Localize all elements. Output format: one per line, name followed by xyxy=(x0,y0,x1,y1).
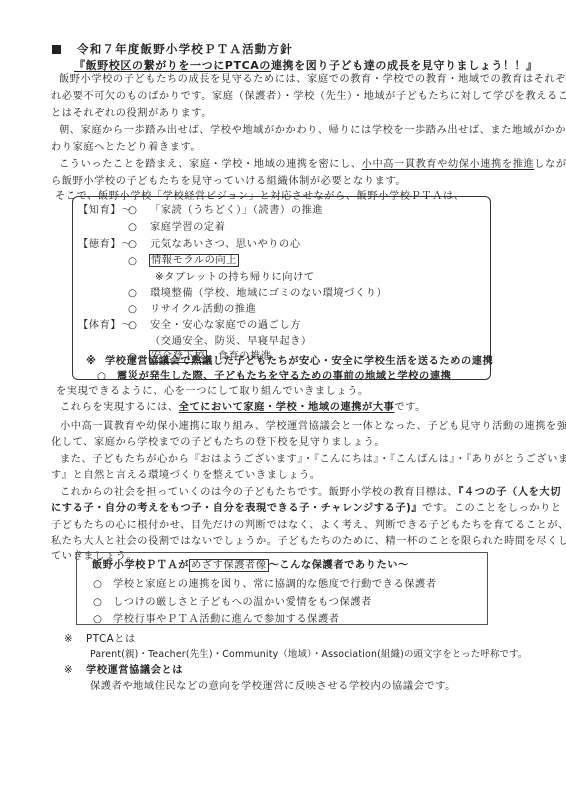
underlined-phrase: 小中高一貫教育や幼保小連携を推進 xyxy=(362,159,535,170)
text-segment: です。このことをしっかりと xyxy=(422,503,561,514)
ideal-parent-item: 学校と家庭との連携を図り、常に協調的な態度で行動できる保護者 xyxy=(113,578,437,591)
underlined-phrase: 全てにおいて家庭・学校・地域の連携が大事 xyxy=(179,402,395,413)
vision-item: 安全・安心な家庭での過ごし方 xyxy=(150,319,301,332)
paragraph-line: これからの社会を担っていくのは今の子どもたちです。飯野小学校の教育目標は、『４つ… xyxy=(60,486,561,499)
paragraph-line: これらを実現するには、全てにおいて家庭・学校・地域の連携が大事です。 xyxy=(60,401,426,414)
paragraph-line: を実現できるように、心を一つにして取り組んでいきましょう。 xyxy=(56,385,369,398)
black-square-icon xyxy=(52,45,61,54)
circle-bullet-icon: ○ xyxy=(93,596,103,609)
vision-note: 学校運営協議会で熟議した子どもたちが安心・安全に学校生活を送るための連携 xyxy=(105,355,493,368)
circle-bullet-icon: ○ xyxy=(93,578,103,591)
paragraph-line: また、子どもたちが心から『おはようございます』・『こんにちは』・『こんばんは』・… xyxy=(60,453,566,466)
category-label-taiiku: 【体育】～ xyxy=(78,319,132,332)
text-segment: こういったことを踏まえ、家庭・学校・地域の連携を密にし、 xyxy=(59,159,362,170)
vision-subnote: ※タブレットの持ち帰りに向けて xyxy=(155,271,315,284)
text-segment: これからの社会を担っていくのは今の子どもたちです。飯野小学校の教育目標は、 xyxy=(60,487,458,498)
footnote-title: PTCAとは xyxy=(86,633,136,646)
category-label-tokuiku: 【徳育】～ xyxy=(78,238,132,251)
paragraph-line: にする子・自分の考えをもつ子・自分を表現できる子・チャレンジする子)』です。この… xyxy=(51,502,562,515)
footnote-title: 学校運営協議会とは xyxy=(86,664,183,677)
text-segment: 飯野小学校ＰＴＡが xyxy=(92,560,189,571)
paragraph-line: れ必要不可欠のものばかりです。家庭（保護者）・学校（先生）・地域が子どもたちに対… xyxy=(51,90,566,103)
slogan-underlined: 『飯野校区の繋がりを一つにPTCAの xyxy=(74,59,271,72)
page-title: 令和７年度飯野小学校ＰＴＡ活動方針 xyxy=(52,41,293,57)
vision-item: 家庭学習の定着 xyxy=(150,221,226,234)
vision-item: リサイクル活動の推進 xyxy=(150,303,256,316)
paragraph-line: ら飯野小学校の子どもたちを見守っていける組織体制が必要となります。 xyxy=(51,175,406,188)
circle-bullet-icon: ○ xyxy=(128,238,138,251)
reference-mark: ※ xyxy=(64,664,73,677)
vision-item: 環境整備（学校、地域にゴミのない環境づくり） xyxy=(150,287,387,300)
ideal-parent-item: しつけの厳しさと子どもへの温かい愛情をもつ保護者 xyxy=(113,596,372,609)
vision-subnote: （交通安全、防災、早寝早起き） xyxy=(150,335,312,348)
paragraph-line: 私たち大人と社会の役割ではないでしょうか。子どもたちのために、精一杯のことを限ら… xyxy=(51,535,566,548)
page-title-text: 令和７年度飯野小学校ＰＴＡ活動方針 xyxy=(77,42,293,56)
circle-bullet-icon: ○ xyxy=(128,319,138,332)
vision-item: 「家読（うちどく）」（読書）の推進 xyxy=(150,204,323,217)
paragraph-line: とはそれぞれの役割があります。 xyxy=(51,107,212,120)
ideal-parent-item: 学校行事やＰＴＡ活動に進んで参加する保護者 xyxy=(113,613,340,626)
vision-item: 元気なあいさつ、思いやりの心 xyxy=(150,238,301,251)
slogan: 『飯野校区の繋がりを一つにPTCAの連携を図り子ども達の成長を見守りましょう！！… xyxy=(74,57,538,73)
bold-phrase: にする子・自分の考えをもつ子・自分を表現できる子・チャレンジする子)』 xyxy=(51,503,422,514)
vision-note-item: 震災が発生した際、子どもたちを守るための事前の地域と学校の連携 xyxy=(117,370,451,383)
paragraph-line: 子どもたちの心に根付かせ、目先だけの判断ではなく、よく考え、判断できる子どもたち… xyxy=(51,519,566,532)
circle-bullet-icon: ○ xyxy=(128,287,138,300)
text-segment: です。 xyxy=(394,402,426,413)
slogan-rest: 連携を図り子ども達の成長を見守りましょう！！』 xyxy=(271,59,538,72)
circle-bullet-icon: ○ xyxy=(128,255,138,268)
circle-bullet-icon: ○ xyxy=(97,370,107,383)
footnote-body: 保護者や地域住民などの意向を学校運営に反映させる学校内の協議会です。 xyxy=(90,680,456,693)
circle-bullet-icon: ○ xyxy=(128,221,138,234)
boxed-phrase: めざす保護者像 xyxy=(189,559,269,572)
paragraph-line: こういったことを踏まえ、家庭・学校・地域の連携を密にし、小中高一貫教育や幼保小連… xyxy=(59,158,566,171)
document-page: 令和７年度飯野小学校ＰＴＡ活動方針 『飯野校区の繋がりを一つにPTCAの連携を図… xyxy=(0,0,566,800)
circle-bullet-icon: ○ xyxy=(93,613,103,626)
circle-bullet-icon: ○ xyxy=(128,204,138,217)
boxed-phrase: 情報モラルの向上 xyxy=(149,254,239,267)
paragraph-line: す』と自然と言える環境づくりを整えていきましょう。 xyxy=(51,469,321,482)
text-segment: これらを実現するには、 xyxy=(60,402,179,413)
ideal-parent-title: 飯野小学校ＰＴＡがめざす保護者像～こんな保護者でありたい～ xyxy=(92,559,409,572)
reference-mark: ※ xyxy=(64,633,73,646)
paragraph-line: 飯野小学校の子どもたちの成長を見守るためには、家庭での教育・学校での教育・地域で… xyxy=(59,73,566,86)
vision-item: 情報モラルの向上 xyxy=(149,254,239,267)
category-label-chiiku: 【知育】～ xyxy=(78,204,132,217)
text-segment: ～こんな保護者でありたい～ xyxy=(269,560,409,571)
bold-phrase: 『４つの子（人を大切 xyxy=(458,487,561,498)
paragraph-line: 化して、家庭から学校までの子どもたちの登下校を見守りましょう。 xyxy=(51,436,385,449)
text-segment: しなが xyxy=(534,159,566,170)
paragraph-line: わり家庭へとたどり着きます。 xyxy=(51,141,201,154)
paragraph-line: 朝、家庭から一歩踏み出せば、学校や地域がかかわり、帰りには学校を一歩踏み出せば、… xyxy=(59,124,566,137)
paragraph-line: 小中高一貫教育や幼保小連携に取り組み、学校運営協議会と一体となった、子ども見守り… xyxy=(60,420,566,433)
reference-mark: ※ xyxy=(86,355,97,368)
footnote-body: Parent(親)・Teacher(先生)・Community（地域）・Asso… xyxy=(90,648,528,661)
circle-bullet-icon: ○ xyxy=(128,303,138,316)
